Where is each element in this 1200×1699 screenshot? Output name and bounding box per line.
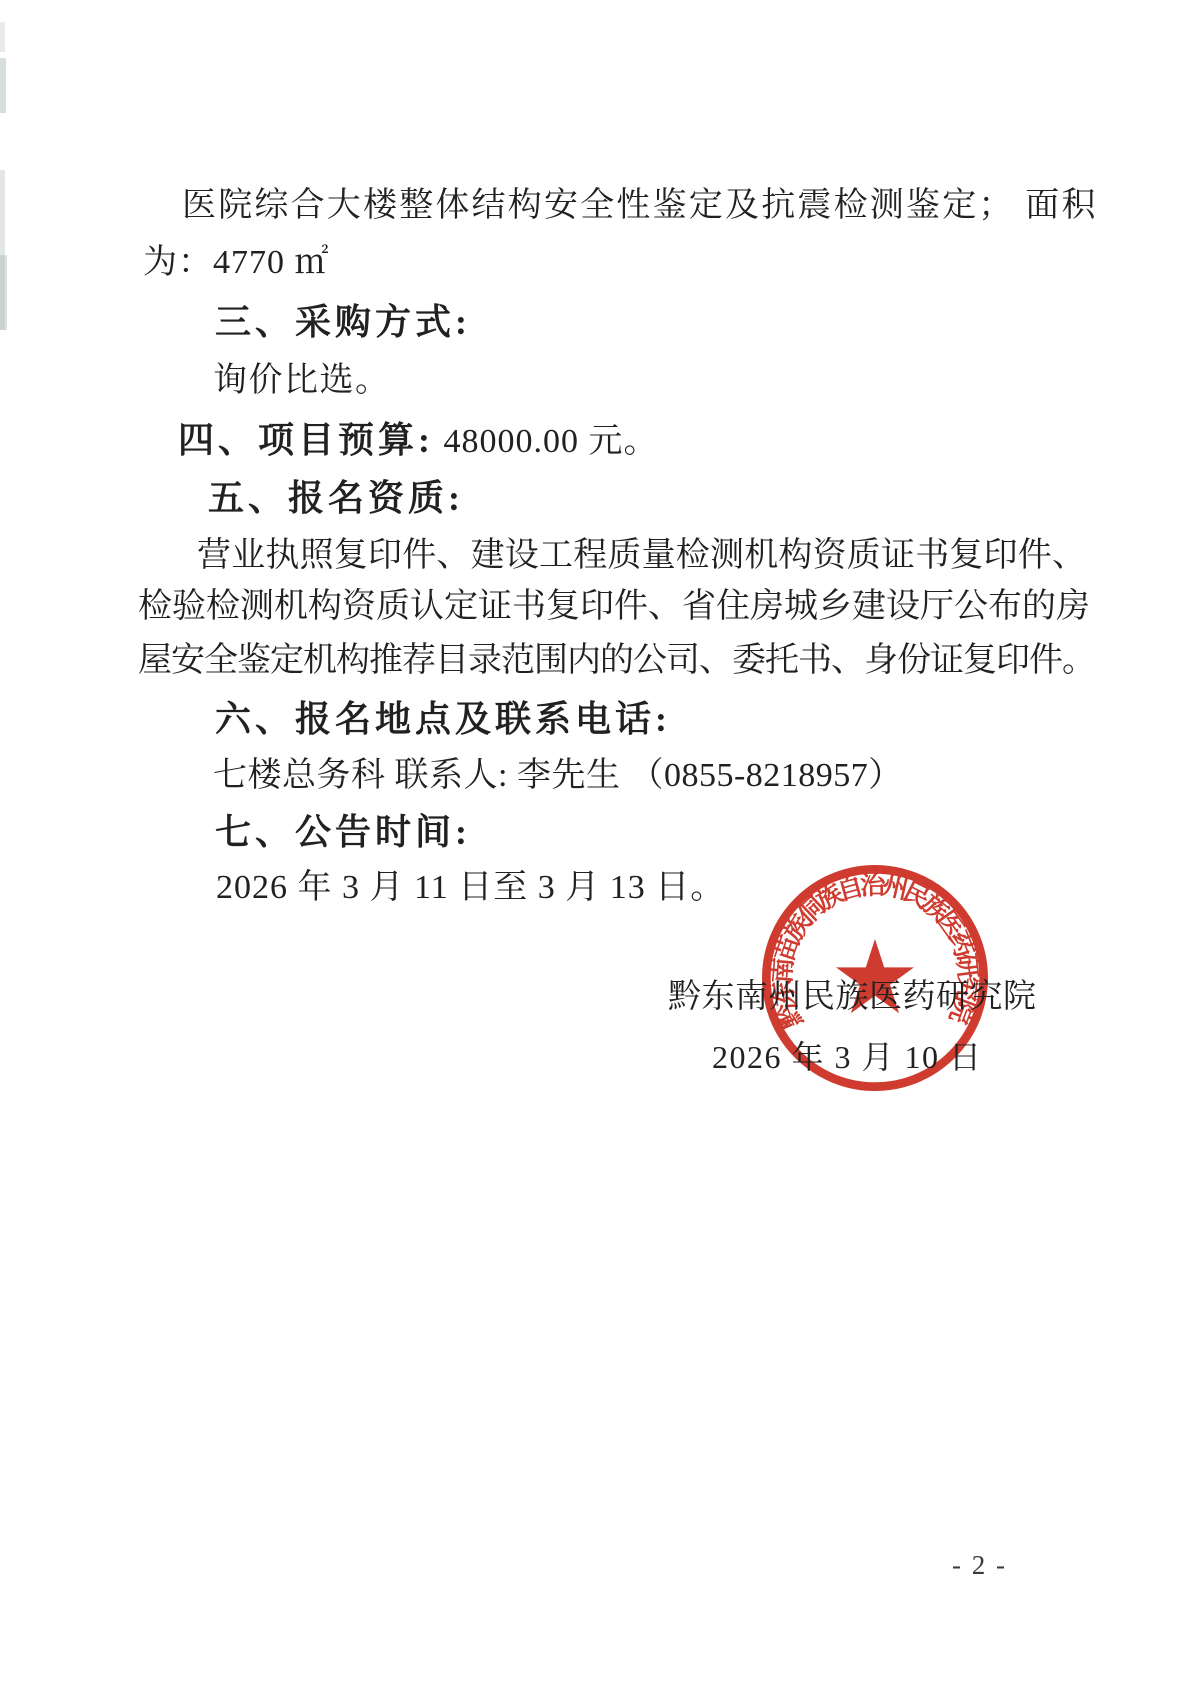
sign-date: 2026 年 3 月 10 日 — [712, 1039, 983, 1075]
signature-date: 2026 年 3 月 10 日 — [712, 1038, 983, 1076]
doc-text: 为：4770 ㎡ — [143, 244, 330, 281]
document-page: 医院综合大楼整体结构安全性鉴定及抗震检测鉴定； 面积 为：4770 ㎡ 三、采购… — [0, 0, 1200, 1699]
page-number: - 2 - — [952, 1550, 1007, 1581]
heading-text: 六、报名地点及联系电话: — [215, 699, 671, 739]
doc-heading-7: 七、公告时间: — [215, 811, 471, 855]
doc-heading-4: 四、项目预算: 48000.00 元。 — [178, 419, 659, 463]
scan-artifact — [0, 22, 5, 52]
doc-line-8: 检验检测机构资质认定证书复印件、省住房城乡建设厅公布的房 — [138, 587, 1090, 628]
doc-text: 48000.00 元。 — [434, 423, 659, 460]
doc-text: 医院综合大楼整体结构安全性鉴定及抗震检测鉴定； 面积 — [182, 187, 1098, 224]
doc-text: 询价比选。 — [213, 362, 391, 399]
signature-org: 黔东南州民族医药研究院 — [668, 978, 1037, 1018]
doc-line-9: 屋安全鉴定机构推荐目录范围内的公司、委托书、身份证复印件。 — [138, 641, 1095, 682]
doc-text: 检验检测机构资质认定证书复印件、省住房城乡建设厅公布的房 — [138, 588, 1090, 625]
heading-text: 三、采购方式: — [215, 302, 471, 342]
heading-text: 七、公告时间: — [215, 812, 471, 852]
doc-text: 营业执照复印件、建设工程质量检测机构资质证书复印件、 — [197, 537, 1086, 574]
doc-heading-3: 三、采购方式: — [215, 301, 471, 345]
doc-text: 2026 年 3 月 11 日至 3 月 13 日。 — [216, 869, 725, 906]
doc-line-1: 医院综合大楼整体结构安全性鉴定及抗震检测鉴定； 面积 — [182, 186, 1098, 227]
doc-text: 七楼总务科 联系人: 李先生 （0855-8218957） — [213, 757, 903, 794]
doc-line-4: 询价比选。 — [213, 361, 391, 402]
doc-line-7: 营业执照复印件、建设工程质量检测机构资质证书复印件、 — [197, 536, 1086, 577]
doc-heading-6: 六、报名地点及联系电话: — [215, 698, 671, 742]
doc-heading-5: 五、报名资质: — [208, 477, 464, 521]
scan-artifact — [0, 58, 6, 113]
doc-line-2: 为：4770 ㎡ — [143, 243, 330, 284]
scan-artifact — [0, 255, 7, 330]
heading-text: 五、报名资质: — [208, 478, 464, 518]
doc-line-11: 七楼总务科 联系人: 李先生 （0855-8218957） — [213, 756, 903, 797]
heading-text: 四、项目预算: — [178, 420, 434, 460]
org-name: 黔东南州民族医药研究院 — [668, 979, 1037, 1015]
doc-text: 屋安全鉴定机构推荐目录范围内的公司、委托书、身份证复印件。 — [138, 642, 1095, 679]
doc-line-13: 2026 年 3 月 11 日至 3 月 13 日。 — [216, 868, 725, 909]
